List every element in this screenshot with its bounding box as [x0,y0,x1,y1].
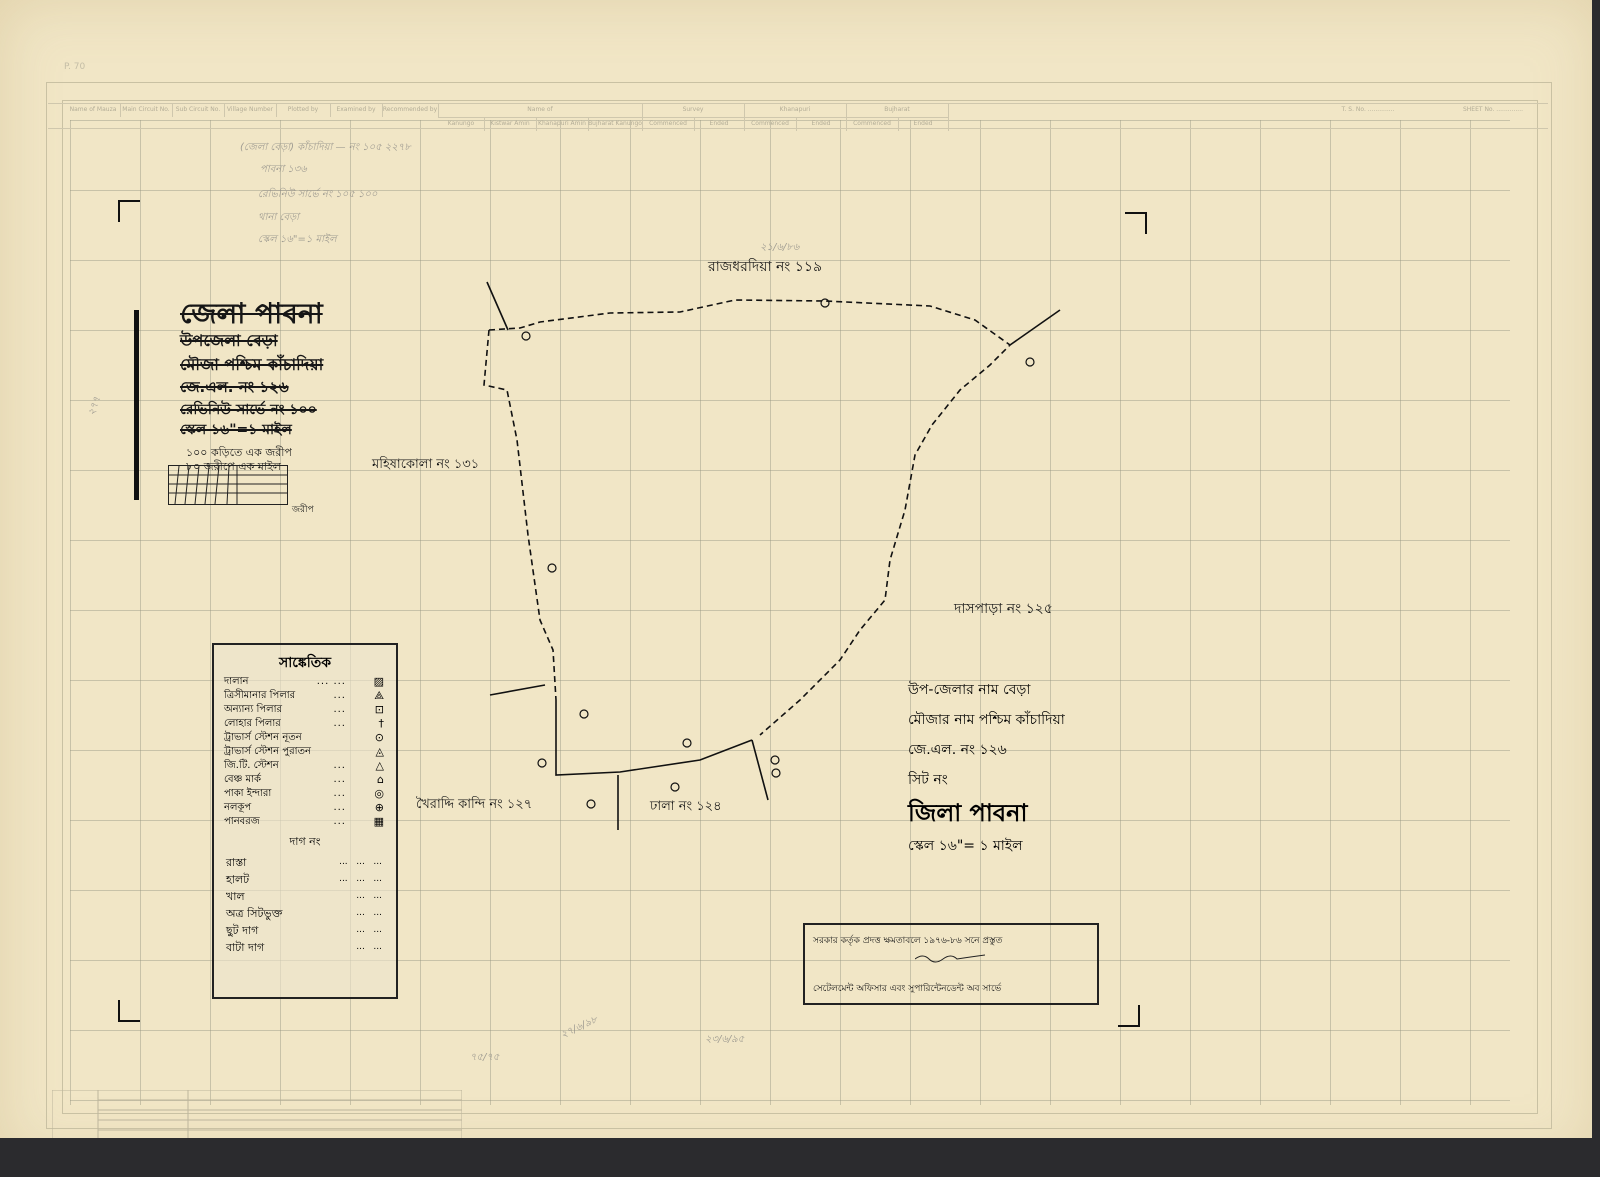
traverse-station-icon [683,739,691,747]
stamp-line-1: সরকার কর্তৃক প্রদত্ত ক্ষমতাবলে ১৯৭৬-৮৬ স… [813,933,1002,948]
info-district: জিলা পাবনা [908,795,1065,831]
signature-icon [915,953,985,963]
scan-background-bottom [0,1138,1600,1177]
traverse-station-icon [1026,358,1034,366]
adjacent-mouza-southwest: খৈরাদ্দি কান্দি নং ১২৭ [416,795,532,816]
scan-background-right [1592,0,1600,1177]
mouza-boundary [0,0,1600,1177]
traverse-station-icon [580,710,588,718]
traverse-station-icon [538,759,546,767]
adjacent-mouza-east: দাসপাড়া নং ১২৫ [954,597,1053,621]
cadastral-map-sheet: P. 70 Name of Mauza Main Circuit No. Sub… [0,0,1596,1160]
traverse-station-icon [771,756,779,764]
preparation-stamp: সরকার কর্তৃক প্রদত্ত ক্ষমতাবলে ১৯৭৬-৮৬ স… [803,923,1099,1005]
adjacent-mouza-west: মহিষাকোলা নং ১৩১ [372,455,479,476]
traverse-station-icon [522,332,530,340]
traverse-station-icon [772,769,780,777]
adjacent-mouza-south: ঢালা নং ১২৪ [650,797,722,818]
traverse-station-icon [821,299,829,307]
sheet-info-block: উপ-জেলার নাম বেড়া মৌজার নাম পশ্চিম কাঁচ… [908,675,1065,861]
traverse-station-icon [671,783,679,791]
adjacent-mouza-north: রাজধরদিয়া নং ১১৯ [708,255,822,279]
stamp-line-2: সেটেলমেন্ট অফিসার এবং সুপারিন্টেনডেন্ট অ… [813,981,1001,996]
traverse-station-icon [548,564,556,572]
info-jl-no: জে.এল. নং ১২৬ [908,735,1065,765]
info-sheet-no: সিট নং [908,765,1065,795]
info-upazila: উপ-জেলার নাম বেড়া [908,675,1065,705]
diagonal-chain-scale [52,1090,462,1142]
info-mouza: মৌজার নাম পশ্চিম কাঁচাদিয়া [908,705,1065,735]
diagonal-scale-icon [52,1090,462,1142]
info-scale: স্কেল ১৬"= ১ মাইল [908,831,1065,861]
traverse-station-icon [587,800,595,808]
